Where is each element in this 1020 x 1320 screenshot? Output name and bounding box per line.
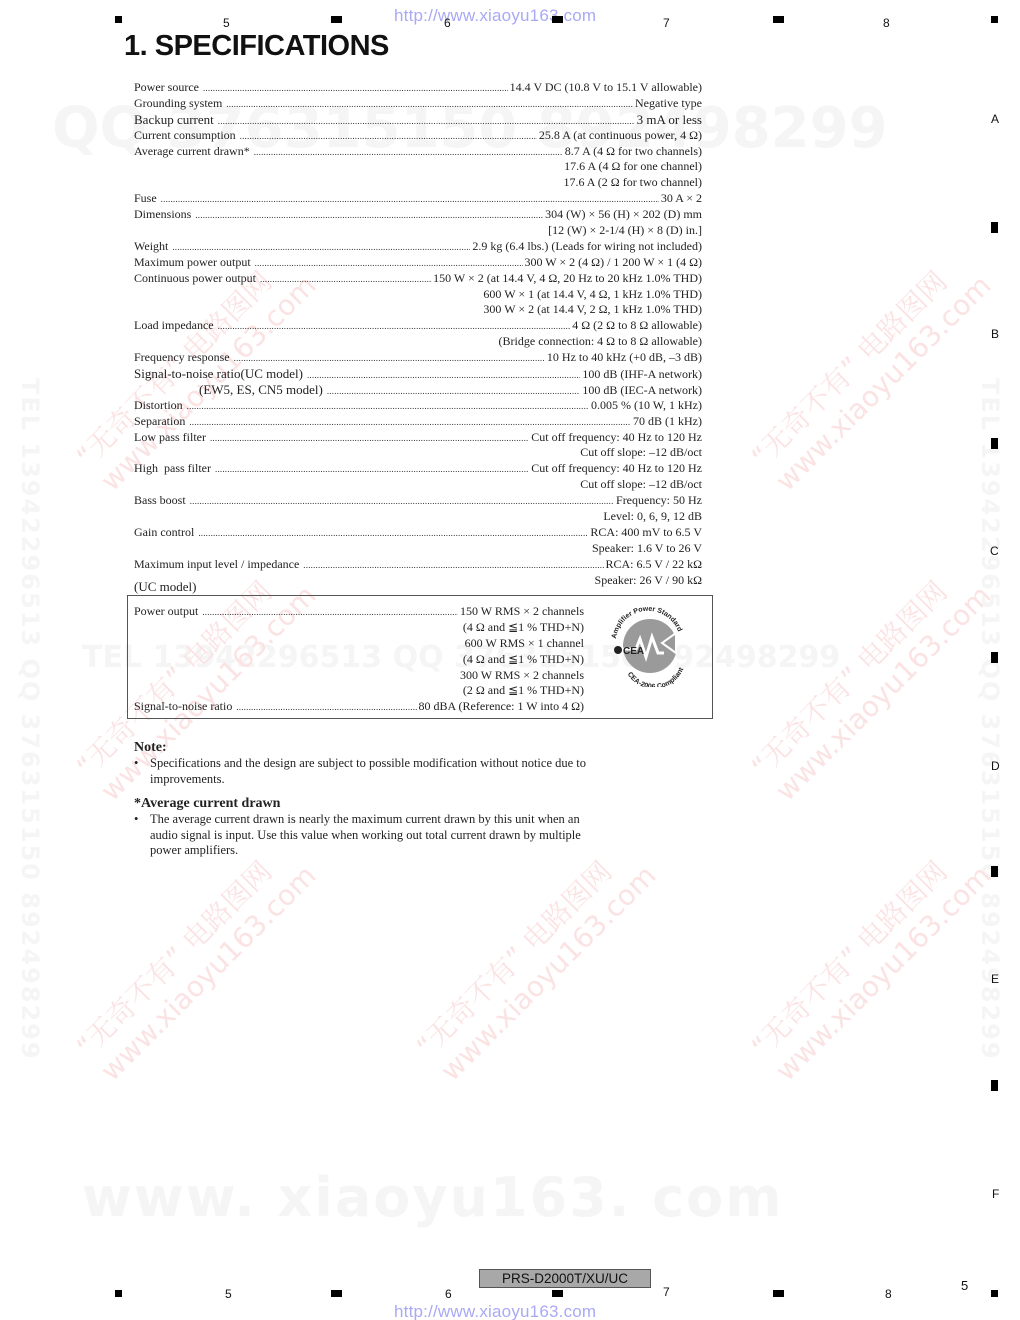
svg-text:CEA: CEA	[623, 646, 644, 657]
spec-row-continuation: Level: 0, 6, 9, 12 dB	[134, 509, 702, 525]
frame-marker	[991, 866, 998, 877]
spec-row: Gain controlRCA: 400 mV to 6.5 V	[134, 525, 702, 541]
spec-row: Continuous power output150 W × 2 (at 14.…	[134, 271, 702, 287]
spec-value: 3 mA or less	[635, 112, 702, 128]
spec-value: 8.7 A (4 Ω for two channels)	[563, 144, 702, 160]
watermark-diagonal: “无奇不有” 电路图网www.xiaoyu163.com	[745, 555, 998, 808]
leader-dots	[226, 97, 633, 113]
leader-dots	[218, 319, 571, 335]
page-title: 1. SPECIFICATIONS	[124, 30, 389, 63]
spec-label: Fuse	[134, 191, 161, 207]
frame-marker	[991, 222, 998, 233]
watermark-diagonal: “无奇不有” 电路图网www.xiaoyu163.com	[410, 835, 663, 1088]
frame-marker	[331, 16, 342, 23]
spec-label: Load impedance	[134, 318, 218, 334]
leader-dots	[254, 145, 563, 161]
spec-row: Load impedance4 Ω (2 Ω to 8 Ω allowable)	[134, 318, 702, 334]
watermark-site-bottom: www. xiaoyu163. com	[82, 1166, 783, 1229]
uc-specifications-list: Power output150 W RMS × 2 channels(4 Ω a…	[134, 604, 584, 715]
watermark-diagonal: “无奇不有” 电路图网www.xiaoyu163.com	[745, 245, 998, 498]
spec-row-continuation: 600 W RMS × 1 channel	[134, 636, 584, 652]
spec-value: 150 W RMS × 2 channels	[458, 604, 584, 620]
average-current-heading: *Average current drawn	[134, 796, 604, 812]
note-item: •Specifications and the design are subje…	[134, 756, 604, 787]
bullet-icon: •	[134, 756, 138, 772]
spec-label: High pass filter	[134, 461, 215, 477]
spec-row-continuation: (4 Ω and ≦1 % THD+N)	[134, 652, 584, 668]
spec-row: Current consumption25.8 A (at continuous…	[134, 128, 702, 144]
uc-model-label: (UC model)	[134, 579, 196, 595]
spec-row-continuation: 600 W × 1 (at 14.4 V, 4 Ω, 1 kHz 1.0% TH…	[134, 287, 702, 303]
column-number: 7	[663, 1285, 670, 1299]
leader-dots	[240, 129, 537, 145]
frame-marker	[773, 16, 784, 23]
spec-label: Dimensions	[134, 207, 195, 223]
leader-dots	[215, 462, 529, 478]
frame-marker	[991, 652, 998, 663]
bullet-icon: •	[134, 812, 138, 828]
spec-value: Cut off frequency: 40 Hz to 120 Hz	[529, 461, 702, 477]
frame-marker	[991, 1080, 998, 1091]
spec-label: Weight	[134, 239, 172, 255]
spec-value: 600 W × 1 (at 14.4 V, 4 Ω, 1 kHz 1.0% TH…	[481, 287, 702, 303]
spec-row: Grounding systemNegative type	[134, 96, 702, 112]
spec-label: Frequency response	[134, 350, 234, 366]
spec-value: Cut off slope: –12 dB/oct	[578, 445, 702, 461]
spec-row: Low pass filterCut off frequency: 40 Hz …	[134, 430, 702, 446]
spec-value: (4 Ω and ≦1 % THD+N)	[461, 620, 584, 636]
spec-label: Average current drawn*	[134, 144, 254, 160]
spec-value: 25.8 A (at continuous power, 4 Ω)	[537, 128, 702, 144]
spec-value: 4 Ω (2 Ω to 8 Ω allowable)	[570, 318, 702, 334]
leader-dots	[260, 272, 431, 288]
spec-row: Separation70 dB (1 kHz)	[134, 414, 702, 430]
spec-row-continuation: (2 Ω and ≦1 % THD+N)	[134, 683, 584, 699]
frame-marker	[991, 16, 998, 23]
spec-row: Distortion0.005 % (10 W, 1 kHz)	[134, 398, 702, 414]
spec-value: 100 dB (IEC-A network)	[580, 383, 702, 399]
watermark-diagonal: “无奇不有” 电路图网www.xiaoyu163.com	[70, 835, 323, 1088]
spec-label: Power output	[134, 604, 202, 620]
frame-marker	[991, 438, 998, 449]
leader-dots	[189, 415, 631, 431]
column-number: 6	[444, 16, 451, 30]
spec-value: Cut off slope: –12 dB/oct	[578, 477, 702, 493]
spec-label: Grounding system	[134, 96, 226, 112]
cea-amplifier-power-standard-logo-icon: CEA Amplifier Power Standard CEA-2006 Co…	[606, 603, 690, 687]
leader-dots	[303, 558, 603, 574]
spec-row-continuation: 300 W × 2 (at 14.4 V, 2 Ω, 1 kHz 1.0% TH…	[134, 302, 702, 318]
spec-row: Maximum input level / impedanceRCA: 6.5 …	[134, 557, 702, 573]
spec-value: 300 W × 2 (at 14.4 V, 2 Ω, 1 kHz 1.0% TH…	[481, 302, 702, 318]
column-number: 6	[445, 1287, 452, 1301]
spec-row: High pass filterCut off frequency: 40 Hz…	[134, 461, 702, 477]
watermark-url-bottom: http://www.xiaoyu163.com	[394, 1302, 596, 1320]
leader-dots	[190, 494, 614, 510]
frame-marker	[552, 1290, 563, 1297]
spec-row: Dimensions304 (W) × 56 (H) × 202 (D) mm	[134, 207, 702, 223]
leader-dots	[236, 700, 416, 716]
spec-row: Power output150 W RMS × 2 channels	[134, 604, 584, 620]
leader-dots	[234, 351, 545, 367]
spec-row-continuation: (Bridge connection: 4 Ω to 8 Ω allowable…	[134, 334, 702, 350]
row-letter: F	[992, 1187, 999, 1201]
frame-marker	[115, 1290, 122, 1297]
spec-row-continuation: Speaker: 1.6 V to 26 V	[134, 541, 702, 557]
spec-value: 80 dBA (Reference: 1 W into 4 Ω)	[417, 699, 584, 715]
leader-dots	[187, 399, 589, 415]
spec-row: Fuse30 A × 2	[134, 191, 702, 207]
spec-value: 2.9 kg (6.4 lbs.) (Leads for wiring not …	[470, 239, 702, 255]
spec-value: RCA: 400 mV to 6.5 V	[588, 525, 702, 541]
row-letter: E	[991, 972, 999, 986]
spec-value: [12 (W) × 2-1/4 (H) × 8 (D) in.]	[546, 223, 702, 239]
column-number: 5	[225, 1287, 232, 1301]
spec-row: Bass boostFrequency: 50 Hz	[134, 493, 702, 509]
spec-label: Backup current	[134, 112, 218, 128]
spec-label: Signal-to-noise ratio	[134, 699, 236, 715]
spec-row-continuation: 300 W RMS × 2 channels	[134, 668, 584, 684]
spec-value: Level: 0, 6, 9, 12 dB	[601, 509, 702, 525]
spec-label: Gain control	[134, 525, 198, 541]
model-number-badge: PRS-D2000T/XU/UC	[479, 1269, 651, 1288]
watermark-vertical-left: TEL 13942296513 QQ 376315150 892498299	[16, 378, 44, 1061]
spec-value: (4 Ω and ≦1 % THD+N)	[461, 652, 584, 668]
spec-value: Negative type	[633, 96, 702, 112]
spec-row-continuation: Cut off slope: –12 dB/oct	[134, 477, 702, 493]
spec-value: Speaker: 1.6 V to 26 V	[590, 541, 702, 557]
spec-label: Maximum input level / impedance	[134, 557, 303, 573]
spec-value: 17.6 A (4 Ω for one channel)	[562, 159, 702, 175]
spec-row: Backup current3 mA or less	[134, 112, 702, 128]
spec-row: Average current drawn*8.7 A (4 Ω for two…	[134, 144, 702, 160]
spec-value: 304 (W) × 56 (H) × 202 (D) mm	[543, 207, 702, 223]
column-number: 8	[885, 1287, 892, 1301]
leader-dots	[203, 81, 508, 97]
spec-label: Low pass filter	[134, 430, 210, 446]
row-letter: D	[991, 759, 1000, 773]
leader-dots	[210, 431, 529, 447]
spec-value: 17.6 A (2 Ω for two channel)	[561, 175, 702, 191]
leader-dots	[202, 605, 458, 621]
spec-value: (2 Ω and ≦1 % THD+N)	[461, 683, 584, 699]
spec-value: Cut off frequency: 40 Hz to 120 Hz	[529, 430, 702, 446]
spec-value: 100 dB (IHF-A network)	[580, 367, 702, 383]
spec-label: Power source	[134, 80, 203, 96]
note-heading: Note:	[134, 740, 604, 756]
spec-label: Separation	[134, 414, 189, 430]
leader-dots	[255, 256, 523, 272]
spec-row-continuation: Speaker: 26 V / 90 kΩ	[134, 573, 702, 589]
spec-label: Continuous power output	[134, 271, 260, 287]
spec-value: Frequency: 50 Hz	[614, 493, 702, 509]
average-current-note: •The average current drawn is nearly the…	[134, 812, 604, 859]
spec-value: 70 dB (1 kHz)	[631, 414, 702, 430]
spec-row: Power source14.4 V DC (10.8 V to 15.1 V …	[134, 80, 702, 96]
leader-dots	[161, 192, 659, 208]
spec-value: 600 W RMS × 1 channel	[463, 636, 584, 652]
row-letter: C	[990, 544, 999, 558]
spec-row: Maximum power output300 W × 2 (4 Ω) / 1 …	[134, 255, 702, 271]
spec-row: Weight2.9 kg (6.4 lbs.) (Leads for wirin…	[134, 239, 702, 255]
spec-value: 14.4 V DC (10.8 V to 15.1 V allowable)	[508, 80, 702, 96]
column-number: 7	[663, 16, 670, 30]
spec-row-continuation: Cut off slope: –12 dB/oct	[134, 445, 702, 461]
leader-dots	[195, 208, 543, 224]
spec-value: 150 W × 2 (at 14.4 V, 4 Ω, 20 Hz to 20 k…	[431, 271, 702, 287]
spec-value: 10 Hz to 40 kHz (+0 dB, –3 dB)	[545, 350, 702, 366]
column-number: 8	[883, 16, 890, 30]
watermark-vertical-right: TEL 13942296513 QQ 376315150 892498299	[976, 378, 1004, 1061]
frame-marker	[331, 1290, 342, 1297]
spec-row: Signal-to-noise ratio80 dBA (Reference: …	[134, 699, 584, 715]
spec-value: Speaker: 26 V / 90 kΩ	[593, 573, 702, 589]
notes-section: Note: •Specifications and the design are…	[134, 740, 604, 859]
spec-value: 300 W × 2 (4 Ω) / 1 200 W × 1 (4 Ω)	[523, 255, 702, 271]
row-letter: B	[991, 327, 999, 341]
spec-value: 300 W RMS × 2 channels	[458, 668, 584, 684]
spec-label: Maximum power output	[134, 255, 255, 271]
frame-marker	[991, 1290, 998, 1297]
spec-label: Bass boost	[134, 493, 190, 509]
spec-value: 0.005 % (10 W, 1 kHz)	[589, 398, 702, 414]
page-number: 5	[961, 1278, 968, 1293]
spec-row-continuation: (4 Ω and ≦1 % THD+N)	[134, 620, 584, 636]
spec-value: (Bridge connection: 4 Ω to 8 Ω allowable…	[497, 334, 702, 350]
frame-marker	[552, 16, 563, 23]
spec-label: Distortion	[134, 398, 187, 414]
leader-dots	[198, 526, 588, 542]
spec-label: (EW5, ES, CN5 model)	[134, 382, 327, 398]
leader-dots	[172, 240, 470, 256]
frame-marker	[115, 16, 122, 23]
frame-marker	[773, 1290, 784, 1297]
spec-row: Signal-to-noise ratio(UC model)100 dB (I…	[134, 366, 702, 382]
specifications-list: Power source14.4 V DC (10.8 V to 15.1 V …	[134, 80, 702, 589]
spec-label: Current consumption	[134, 128, 240, 144]
spec-row: (EW5, ES, CN5 model)100 dB (IEC-A networ…	[134, 382, 702, 398]
spec-row-continuation: [12 (W) × 2-1/4 (H) × 8 (D) in.]	[134, 223, 702, 239]
uc-model-spec-box: Power output150 W RMS × 2 channels(4 Ω a…	[127, 595, 713, 719]
spec-value: RCA: 6.5 V / 22 kΩ	[604, 557, 703, 573]
spec-row: Frequency response10 Hz to 40 kHz (+0 dB…	[134, 350, 702, 366]
watermark-url-top: http://www.xiaoyu163.com	[394, 6, 596, 26]
spec-label: Signal-to-noise ratio(UC model)	[134, 366, 307, 382]
spec-value: 30 A × 2	[659, 191, 702, 207]
watermark-diagonal: “无奇不有” 电路图网www.xiaoyu163.com	[745, 835, 998, 1088]
spec-row-continuation: 17.6 A (4 Ω for one channel)	[134, 159, 702, 175]
column-number: 5	[223, 16, 230, 30]
row-letter: A	[991, 112, 999, 126]
spec-row-continuation: 17.6 A (2 Ω for two channel)	[134, 175, 702, 191]
